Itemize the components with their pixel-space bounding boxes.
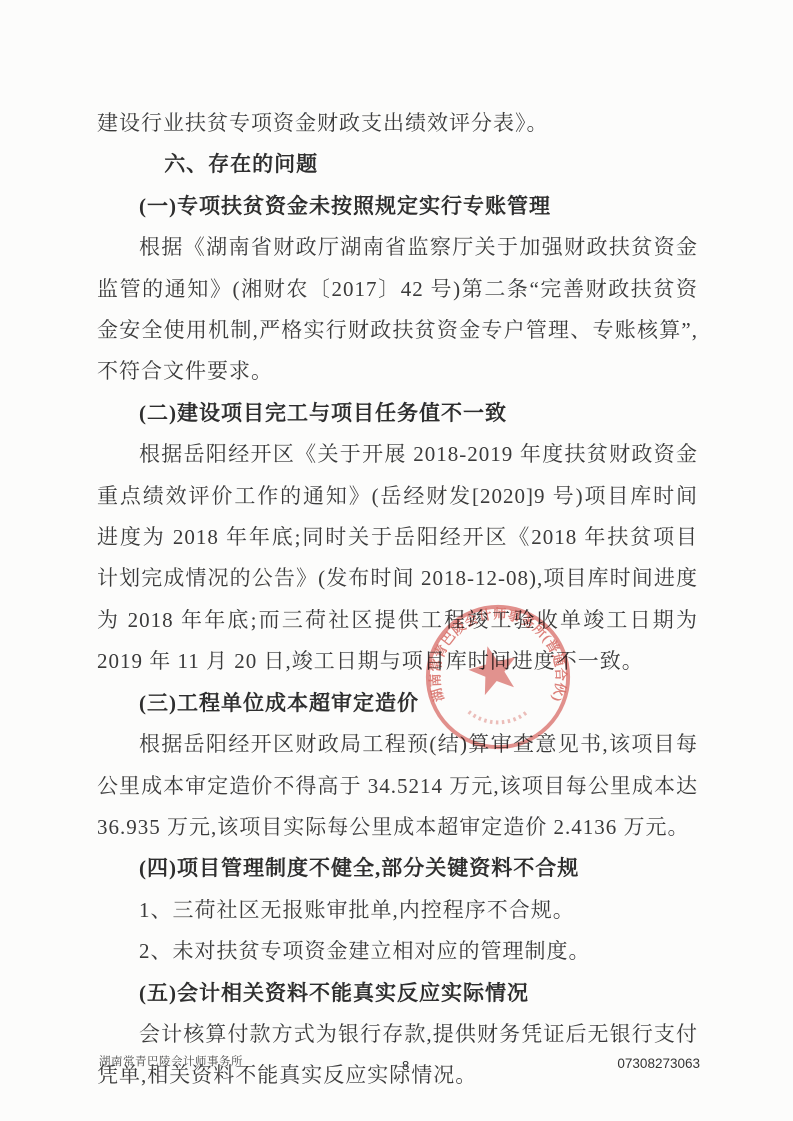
section-heading: (三)工程单位成本超审定造价: [97, 683, 698, 724]
document-body: 建设行业扶贫专项资金财政支出绩效评分表》。六、存在的问题(一)专项扶贫资金未按照…: [97, 103, 698, 1097]
document-page: 建设行业扶贫专项资金财政支出绩效评分表》。六、存在的问题(一)专项扶贫资金未按照…: [0, 0, 793, 1121]
section-heading: (二)建设项目完工与项目任务值不一致: [97, 393, 698, 434]
paragraph: 2、未对扶贫专项资金建立相对应的管理制度。: [97, 931, 698, 972]
section-heading: (一)专项扶贫资金未按照规定实行专账管理: [97, 186, 698, 227]
paragraph: 1、三荷社区无报账审批单,内控程序不合规。: [97, 890, 698, 931]
paragraph: 根据岳阳经开区《关于开展 2018-2019 年度扶贫财政资金重点绩效评价工作的…: [97, 434, 698, 682]
footer-company-name: 湖南常青巴陵会计师事务所: [99, 1053, 243, 1069]
footer-phone-number: 07308273063: [617, 1056, 700, 1071]
paragraph: 根据《湖南省财政厅湖南省监察厅关于加强财政扶贫资金监管的通知》(湘财农〔2017…: [97, 227, 698, 393]
paragraph: 根据岳阳经开区财政局工程预(结)算审查意见书,该项目每公里成本审定造价不得高于 …: [97, 724, 698, 848]
paragraph: 建设行业扶贫专项资金财政支出绩效评分表》。: [97, 103, 698, 144]
section-heading: (四)项目管理制度不健全,部分关键资料不合规: [97, 848, 698, 889]
section-heading: (五)会计相关资料不能真实反应实际情况: [97, 973, 698, 1014]
footer-page-number: 8: [402, 1058, 409, 1073]
section-heading: 六、存在的问题: [97, 144, 698, 185]
